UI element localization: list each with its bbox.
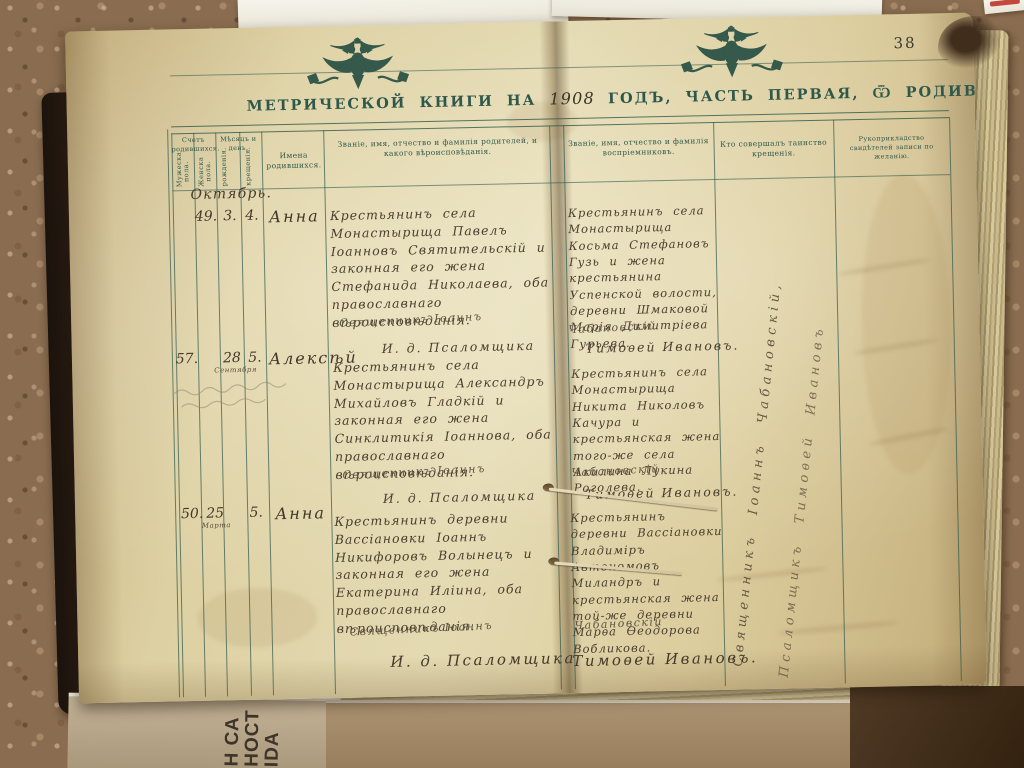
header-date-birth: рожденія. — [221, 156, 229, 186]
header-godparents: Званіе, имя, отчество и фамилія воспріем… — [567, 136, 709, 159]
entry3-godparents: Крестьянинъ деревни Вассіановки Владимір… — [570, 507, 733, 657]
metrical-book-spread: 38 — [65, 13, 987, 704]
header-count-male: Мужеска пола. — [176, 157, 191, 187]
box-text-line2: НОСТ — [242, 697, 263, 767]
entry1-psalmist-signature: Тимоѳей Ивановъ. — [586, 338, 740, 356]
imperial-eagle-icon — [303, 36, 412, 96]
stain-spot — [197, 586, 318, 648]
red-marking — [990, 0, 1020, 7]
col-rule — [833, 119, 846, 683]
entry2-psalmist-title: И. д. Псаломщика — [383, 488, 537, 506]
entry3-count: 50. — [179, 506, 205, 523]
entry3-baptized-day: 5. — [245, 504, 267, 520]
entry1-psalmist-title: И. д. Псаломщика — [382, 338, 536, 356]
entry1-born-day: 3. — [219, 208, 241, 224]
entry2-born-day: 28 — [220, 350, 244, 366]
header-names: Имена родившихся. — [264, 150, 324, 172]
footer-psalmist-title: И. д. Псаломщика — [390, 649, 576, 671]
entry2-baptized-day: 5. — [244, 349, 266, 365]
cardboard-box-center — [326, 700, 886, 768]
bleedthrough — [717, 566, 827, 583]
imperial-eagle-icon — [677, 25, 786, 85]
officiant-vertical-psalmist: Псаломщикъ Тимоѳей Ивановъ — [777, 324, 828, 678]
header-date-baptism: крещенія. — [245, 156, 253, 186]
header-parents: Званіе, имя, отчество и фамилія родителе… — [329, 136, 545, 161]
title-prefix: МЕТРИЧЕСКОЙ КНИГИ НА — [246, 92, 536, 115]
month-heading: Октябрь. — [190, 185, 272, 203]
entry1-count: 49. — [193, 208, 219, 225]
pencil-annotation — [169, 372, 302, 418]
page-number: 38 — [893, 34, 916, 52]
entry2-born-month: Сентября — [214, 366, 248, 375]
title-year-handwritten: 1908 — [549, 89, 595, 109]
entry3-name: Анна — [275, 503, 326, 523]
entry3-born-month: Марта — [201, 521, 231, 530]
header-officiant: Кто совершалъ таинство крещенія. — [717, 138, 829, 161]
header-witnesses: Рукоприкладство свидѣтелей записи по жел… — [837, 133, 946, 162]
frame-right — [949, 117, 962, 681]
dark-book-corner-bottom-right — [850, 686, 1024, 768]
entry2-count: 57. — [174, 351, 200, 368]
entry3-parents: Крестьянинъ деревни Вассіановки Іоаннъ Н… — [334, 508, 557, 637]
title-suffix: ГОДЪ, ЧАСТЬ ПЕРВАЯ, Ѿ РОДИВШИХСЯ. — [608, 81, 987, 108]
box-text-line3: IDA — [262, 697, 283, 767]
header-count-group: Счетъ родившихся. — [171, 135, 215, 153]
entry3-born-day: 25 — [203, 505, 227, 521]
entry1-name: Анна — [269, 206, 320, 226]
footer-psalmist-name: Тимоѳей Ивановъ. — [572, 648, 758, 670]
header-count-female: Женска пола. — [198, 157, 213, 187]
box-text-line1: Н СА — [223, 696, 244, 766]
cardboard-box-left: Н СА НОСТ IDA — [67, 693, 340, 768]
box-printed-text: Н СА НОСТ IDA — [223, 696, 284, 767]
entry1-baptized-day: 4. — [241, 207, 263, 223]
entry2-psalmist-signature: Тимоѳей Ивановъ. — [585, 484, 739, 502]
